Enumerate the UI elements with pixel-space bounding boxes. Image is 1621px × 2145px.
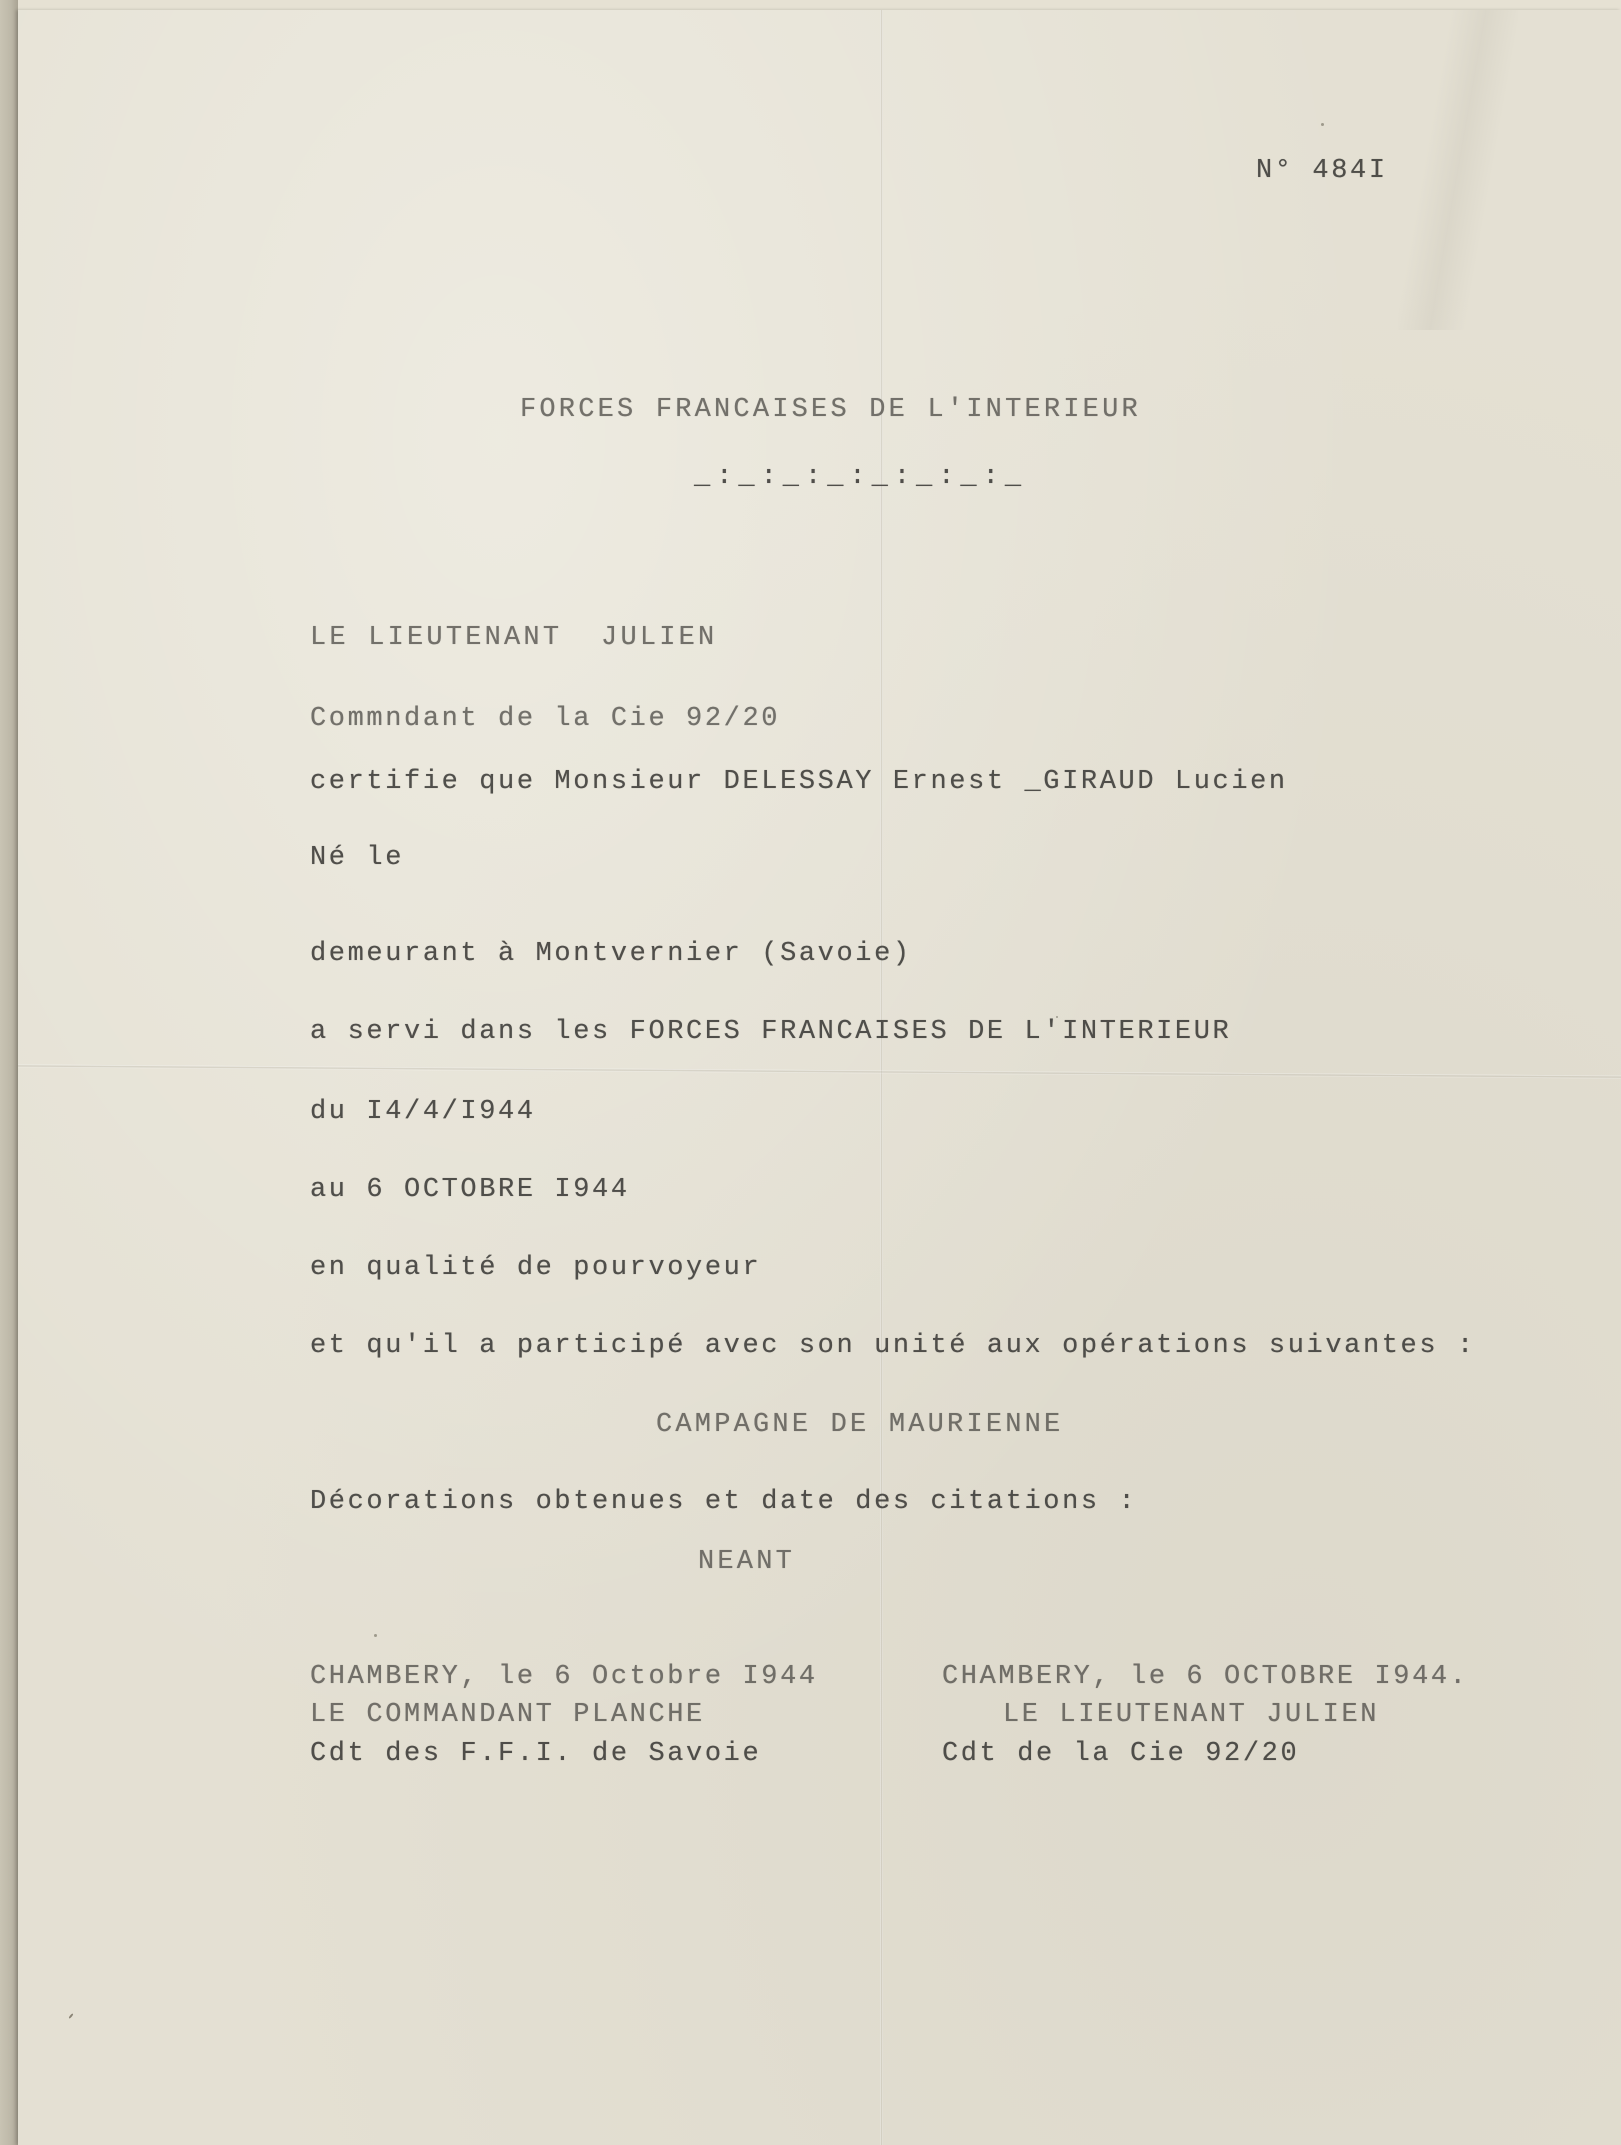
decorations-line: Décorations obtenues et date des citatio… — [310, 1487, 1137, 1517]
certifies-line: certifie que Monsieur DELESSAY Ernest _G… — [310, 767, 1288, 797]
from-date-line: du I4/4/I944 — [310, 1097, 536, 1127]
header-title: FORCES FRANCAISES DE L'INTERIEUR — [520, 395, 1141, 425]
paper-mark — [68, 2013, 73, 2019]
residence-line: demeurant à Montvernier (Savoie) — [310, 939, 912, 969]
issuer-title: LE LIEUTENANT JULIEN — [310, 623, 717, 653]
document-number: N° 484I — [1256, 156, 1388, 186]
paper-speck — [1321, 123, 1324, 126]
decorations-value: NEANT — [698, 1547, 795, 1577]
to-date-line: au 6 OCTOBRE I944 — [310, 1175, 630, 1205]
paper-speck — [374, 1634, 377, 1637]
served-line: a servi dans les FORCES FRANCAISES DE L'… — [310, 1017, 1231, 1047]
right-signatory-role: Cdt de la Cie 92/20 — [942, 1739, 1299, 1769]
born-line: Né le — [310, 843, 404, 873]
right-signatory-name: LE LIEUTENANT JULIEN — [1003, 1700, 1379, 1730]
left-signatory-role: Cdt des F.F.I. de Savoie — [310, 1739, 761, 1769]
paper-crease-shadow — [1398, 10, 1518, 330]
vertical-fold-line — [880, 10, 883, 2145]
right-place-date: CHAMBERY, le 6 OCTOBRE I944. — [942, 1662, 1468, 1692]
certificate-page: N° 484I FORCES FRANCAISES DE L'INTERIEUR… — [18, 10, 1621, 2145]
left-place-date: CHAMBERY, le 6 Octobre I944 — [310, 1662, 818, 1692]
horizontal-fold-line — [18, 1064, 1621, 1078]
header-ornament: _:_:_:_:_:_:_:_ — [694, 462, 1027, 492]
operations-value: CAMPAGNE DE MAURIENNE — [656, 1410, 1063, 1440]
operations-line: et qu'il a participé avec son unité aux … — [310, 1331, 1476, 1361]
capacity-line: en qualité de pourvoyeur — [310, 1253, 761, 1283]
paper-speck — [1056, 1016, 1058, 1018]
underlying-sheet-left-edge — [0, 0, 18, 2145]
left-signatory-name: LE COMMANDANT PLANCHE — [310, 1700, 705, 1730]
issuer-role: Commndant de la Cie 92/20 — [310, 704, 780, 734]
